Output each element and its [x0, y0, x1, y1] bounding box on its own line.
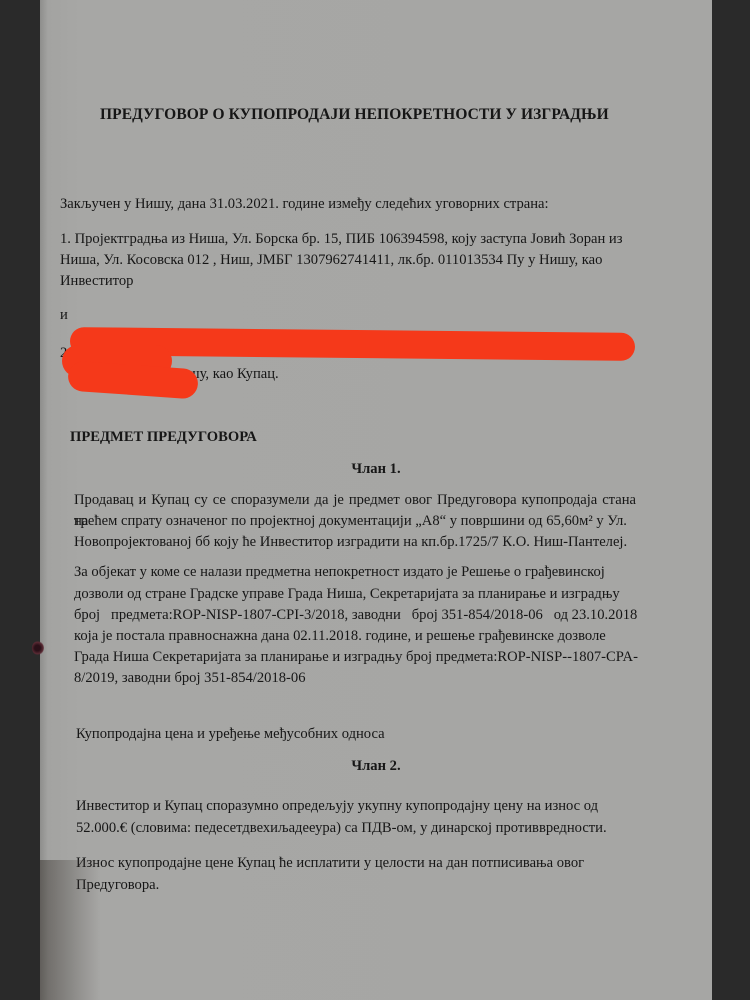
article1-heading: Члан 1.: [40, 459, 712, 480]
intro-line: Закључен у Нишу, дана 31.03.2021. године…: [60, 194, 549, 215]
section1-heading: ПРЕДМЕТ ПРЕДУГОВОРА: [70, 427, 257, 448]
camera-hole-mark: [32, 641, 44, 655]
text-line: 52.000.€ (словима: педесетдвехиљадееура)…: [76, 818, 607, 839]
party1-line2: Ниша, Ул. Косовска 012 , Ниш, ЈМБГ 13079…: [60, 250, 628, 271]
text-line: трећем спрату означеног по пројектној до…: [74, 511, 636, 532]
text-line: Инвеститор и Купац споразумно опредељују…: [76, 796, 640, 817]
document-page: ПРЕДУГОВОР О КУПОПРОДАЈИ НЕПОКРЕТНОСТИ У…: [40, 0, 712, 1000]
text-line: 8/2019, заводни број 351-854/2018-06: [74, 668, 306, 689]
text-line: Новопројектованој бб коју ће Инвеститор …: [74, 532, 627, 553]
document-title: ПРЕДУГОВОР О КУПОПРОДАЈИ НЕПОКРЕТНОСТИ У…: [100, 104, 609, 125]
text-line: број предмета:ROP-NISP-1807-CPI-3/2018, …: [74, 605, 637, 626]
conjunction: и: [60, 305, 68, 326]
text-line: дозволи од стране Градске управе Града Н…: [74, 584, 636, 605]
article2-heading: Члан 2.: [40, 756, 712, 777]
text-line: Износ купопродајне цене Купац ће исплати…: [76, 853, 640, 874]
text-line: Предуговора.: [76, 875, 159, 896]
section2-heading: Купопродајна цена и уређење међусобних о…: [76, 724, 385, 745]
party1-line3: Инвеститор: [60, 271, 133, 292]
party1-line1: 1. Пројектградња из Ниша, Ул. Борска бр.…: [60, 229, 628, 250]
text-line: Града Ниша Секретаријата за планирање и …: [74, 647, 638, 668]
text-line: За објекат у коме се налази предметна не…: [74, 562, 636, 583]
text-line: која је постала правноснажна дана 02.11.…: [74, 626, 636, 647]
